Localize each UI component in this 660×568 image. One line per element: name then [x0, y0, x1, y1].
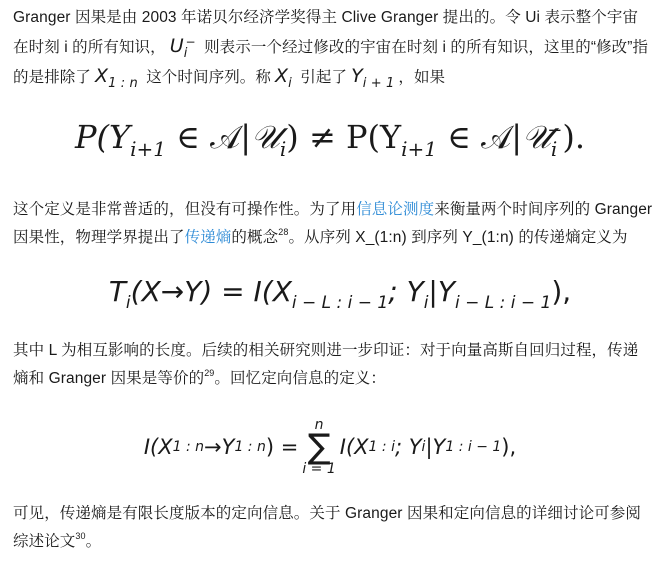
math-u-minus: Ui−	[166, 35, 200, 57]
text: 。回忆定向信息的定义：	[214, 370, 386, 387]
equation-directed-information: I(X1 : n→Y1 : n) = n ∑ i = 1 I(X1 : i; Y…	[0, 418, 660, 488]
link-information-theory-measure[interactable]: 信息论测度	[356, 201, 434, 218]
link-transfer-entropy[interactable]: 传递熵	[185, 229, 232, 246]
summation-symbol: n ∑ i = 1	[302, 418, 335, 476]
text: 可见，传递熵是有限长度版本的定向信息。关于 Granger 因果和定向信息的详细…	[13, 505, 641, 550]
text: 这个定义是非常普适的，但没有可操作性。为了用	[13, 201, 356, 218]
text: 引起了	[296, 69, 347, 86]
reference-30: 30	[75, 531, 85, 541]
text: ，如果	[398, 69, 445, 86]
text: 的概念	[231, 229, 278, 246]
paragraph-granger-intro: Granger 因果是由 2003 年诺贝尔经济学奖得主 Clive Grang…	[13, 4, 653, 92]
math-x-i: Xi	[271, 65, 296, 87]
math-x-series: X1 : n	[91, 65, 142, 87]
paragraph-transfer-entropy-intro: 这个定义是非常普适的，但没有可操作性。为了用信息论测度来衡量两个时间序列的 Gr…	[13, 196, 653, 252]
equation-transfer-entropy: Ti(X→Y) = I(Xi − L : i − 1; Yi|Yi − L : …	[10, 270, 660, 314]
reference-28: 28	[278, 227, 288, 237]
text: 这个时间序列。称	[142, 69, 271, 86]
math-y-i-plus-1: Yi + 1	[347, 65, 398, 87]
reference-29: 29	[204, 368, 214, 378]
equation-granger-definition: P(Yi+1 ∈ 𝒜|𝒰i) ≠ P(Yi+1 ∈ 𝒜|𝒰i−).	[0, 112, 660, 162]
text: 。从序列 X_(1:n) 到序列 Y_(1:n) 的传递熵定义为	[288, 229, 627, 246]
paragraph-equivalence: 其中 L 为相互影响的长度。后续的相关研究则进一步印证：对于向量高斯自回归过程，…	[13, 337, 653, 393]
paragraph-conclusion: 可见，传递熵是有限长度版本的定向信息。关于 Granger 因果和定向信息的详细…	[13, 500, 653, 556]
text: 。	[86, 533, 102, 550]
